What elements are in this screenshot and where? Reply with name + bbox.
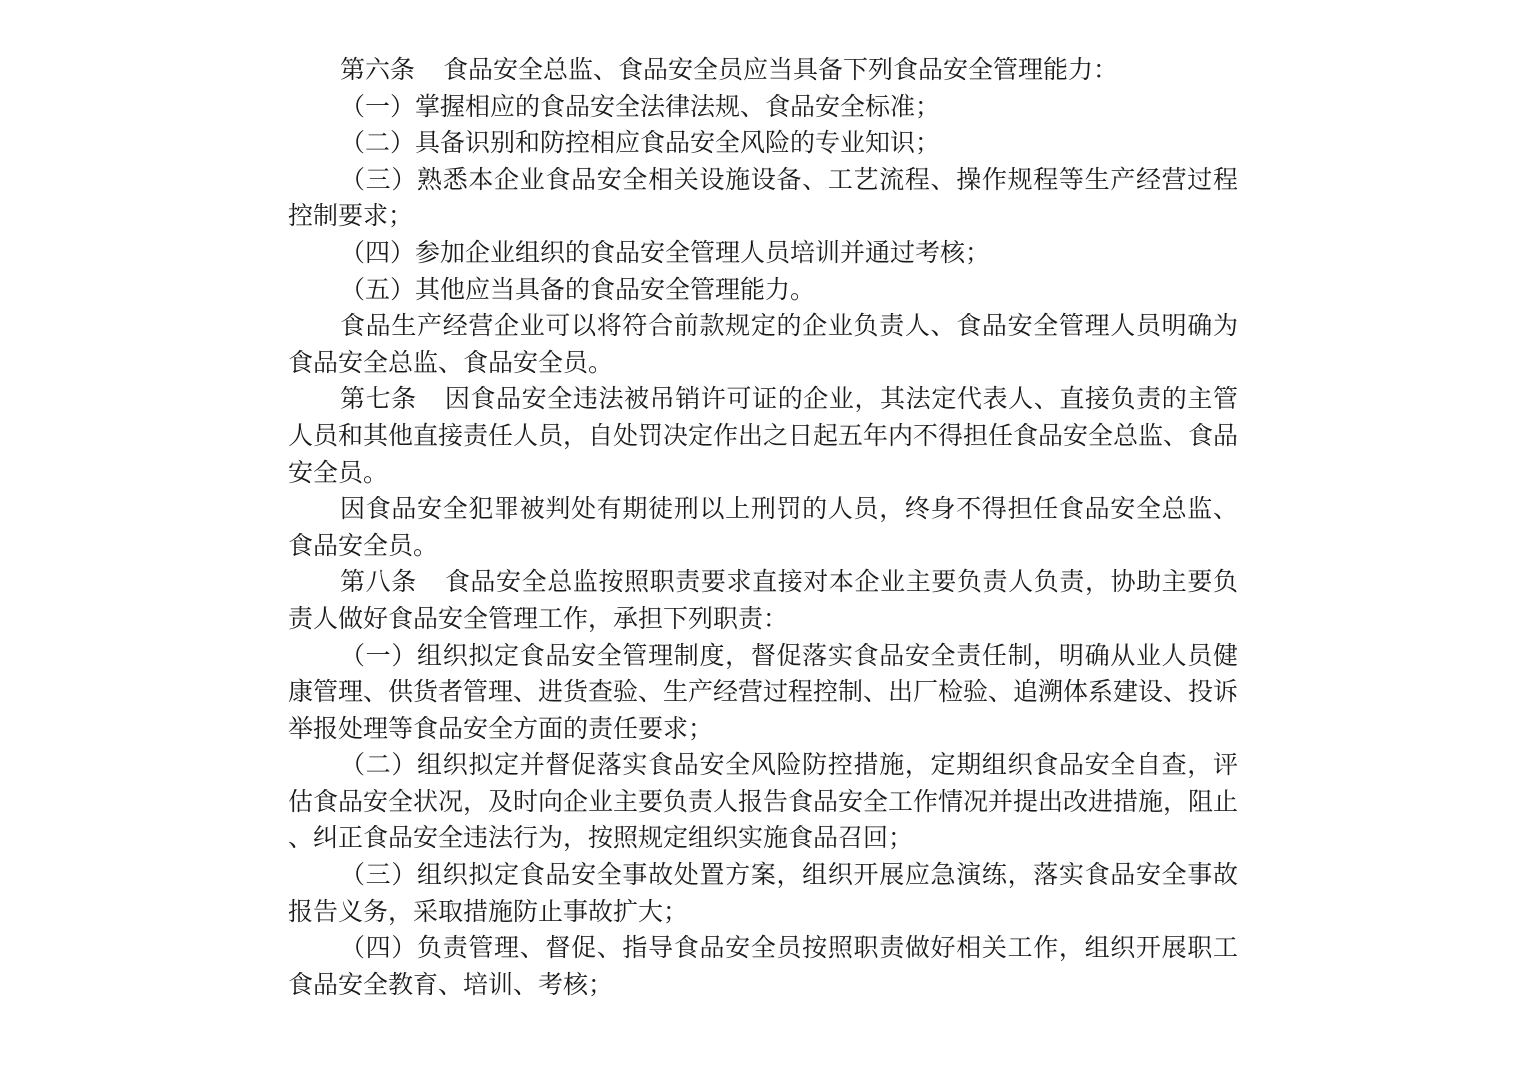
body-paragraph: 食品生产经营企业可以将符合前款规定的企业负责人、食品安全管理人员明确为食品安全总… bbox=[288, 308, 1238, 381]
body-paragraph: 因食品安全犯罪被判处有期徒刑以上刑罚的人员，终身不得担任食品安全总监、食品安全员… bbox=[288, 491, 1238, 564]
article-number: 第六条 bbox=[340, 55, 415, 84]
article-8: 第八条食品安全总监按照职责要求直接对本企业主要负责人负责，协助主要负责人做好食品… bbox=[288, 564, 1238, 637]
article-number: 第七条 bbox=[340, 384, 417, 413]
list-item: （三）组织拟定食品安全事故处置方案，组织开展应急演练，落实食品安全事故报告义务，… bbox=[288, 857, 1238, 930]
list-item: （一）掌握相应的食品安全法律法规、食品安全标准； bbox=[288, 89, 1238, 126]
article-text: 食品安全总监、食品安全员应当具备下列食品安全管理能力： bbox=[443, 55, 1118, 84]
document-page: 第六条食品安全总监、食品安全员应当具备下列食品安全管理能力： （一）掌握相应的食… bbox=[288, 52, 1238, 1003]
article-7: 第七条因食品安全违法被吊销许可证的企业，其法定代表人、直接负责的主管人员和其他直… bbox=[288, 381, 1238, 491]
list-item: （二）组织拟定并督促落实食品安全风险防控措施，定期组织食品安全自查，评估食品安全… bbox=[288, 747, 1238, 857]
list-item: （一）组织拟定食品安全管理制度，督促落实食品安全责任制，明确从业人员健康管理、供… bbox=[288, 638, 1238, 748]
article-text: 食品安全总监按照职责要求直接对本企业主要负责人负责，协助主要负责人做好食品安全管… bbox=[288, 567, 1238, 633]
article-number: 第八条 bbox=[340, 567, 417, 596]
list-item: （二）具备识别和防控相应食品安全风险的专业知识； bbox=[288, 125, 1238, 162]
list-item: （三）熟悉本企业食品安全相关设施设备、工艺流程、操作规程等生产经营过程控制要求； bbox=[288, 162, 1238, 235]
list-item: （四）参加企业组织的食品安全管理人员培训并通过考核； bbox=[288, 235, 1238, 272]
list-item: （四）负责管理、督促、指导食品安全员按照职责做好相关工作，组织开展职工食品安全教… bbox=[288, 930, 1238, 1003]
article-text: 因食品安全违法被吊销许可证的企业，其法定代表人、直接负责的主管人员和其他直接责任… bbox=[288, 384, 1238, 486]
article-6: 第六条食品安全总监、食品安全员应当具备下列食品安全管理能力： bbox=[288, 52, 1238, 89]
list-item: （五）其他应当具备的食品安全管理能力。 bbox=[288, 272, 1238, 309]
